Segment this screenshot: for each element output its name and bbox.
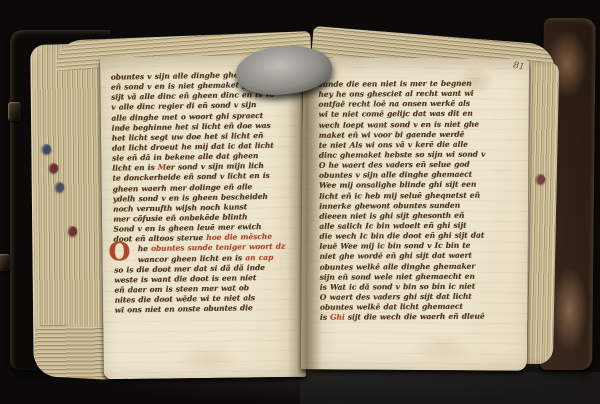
ink-text: alle salich Ic bin wdoelt eñ ghi sijt [319, 221, 466, 231]
ink-text: wancor gheen licht en is [138, 253, 245, 264]
rubricated-text: Ghi [330, 313, 345, 322]
bookmark-tab [68, 226, 77, 236]
ink-text: wech loept want sond v en is niet ghe [319, 119, 479, 129]
bookmark-tab [42, 144, 51, 154]
ink-text: he [138, 244, 151, 253]
rubric-initial: O [108, 241, 130, 262]
desk-shadow [300, 372, 600, 404]
rubricated-text: an cap [245, 252, 273, 261]
bookmark-tab [536, 174, 545, 184]
ink-text: obuntes welkē alle dinghe ghemaker [320, 261, 476, 271]
gutter-shadow [288, 58, 322, 376]
ink-text: niet ghe wordē eñ ghi sijt dat waert [319, 251, 471, 261]
ink-text: wi te niet comē gelijc dat was dit en [318, 109, 472, 119]
ink-text: sunde die een niet is mer te begnen [318, 79, 471, 89]
ink-text: is Wat ic dã sond v bin so bin ic niet [320, 281, 476, 291]
ink-text: dinc ghemaket hebste so sijn wi sond v [319, 150, 486, 160]
ink-text: licht eñ ic heb mij seluē gheqnetst eñ [319, 190, 480, 200]
ink-text: leuē Wee mij ic bin sond v Ic bin te [319, 241, 470, 251]
ink-text: ontfaē recht loē na onsen werkē als [318, 99, 470, 109]
ink-text: dieeen niet is ghi sijt ghesonth eñ [319, 211, 464, 221]
ink-text: innerke ghewont obuntes sunden [319, 200, 460, 210]
ink-text: er sond v sijn mijn lich [166, 161, 264, 172]
ink-text: Wee mij onsalighe blinde ghi sijt een [319, 180, 476, 190]
ink-text: obuntes v sijn alle dinghe ghemaect [319, 170, 472, 180]
ink-text: die wech Ic bin die doot eñ ghi sijt dat [319, 231, 484, 241]
right-page-text: sunde die een niet is mer te begnenhey h… [318, 78, 522, 323]
ink-text: O waert des vaders ghi sijt dat licht [320, 292, 472, 302]
ink-text: te niet Als wi ons vã v kerē die alle [319, 140, 468, 150]
manuscript-photo: obuntes v sijn alle dinghe ghemaketeñ so… [0, 0, 600, 404]
left-page-text: obuntes v sijn alle dinghe ghemaketeñ so… [111, 69, 301, 316]
right-page: 81 sunde die een niet is mer te begnenhe… [301, 57, 529, 371]
manuscript-line: is Ghi sijt die wech die waerh eñ dleuē [320, 312, 522, 324]
page-stain [411, 330, 475, 366]
ink-text: sijt die wech die waerh eñ dleuē [345, 312, 485, 322]
ink-text: licht en is [112, 163, 158, 173]
bookmark-tab [49, 163, 58, 173]
ink-text: maket eñ wi voor bi gaende werdē [319, 129, 465, 139]
manuscript-line: wi ons niet en onste obuntes die [115, 303, 301, 316]
rubricated-text: M [158, 163, 166, 172]
folio-number: 81 [512, 61, 525, 73]
clasp-upper [8, 102, 21, 121]
left-page: obuntes v sijn alle dinghe ghemaketeñ so… [100, 55, 306, 379]
ink-text: sijn eñ sond wele niet ghemaecht en [320, 271, 475, 281]
ink-text: wi ons niet en onste obuntes die [115, 303, 253, 314]
ink-text: O he waert des vaders eñ selue god [319, 160, 470, 170]
bookmark-tab [55, 182, 64, 192]
ink-text: hey he ons ghesciet al recht want wi [318, 89, 473, 99]
rubricated-text: hoe die mēsche [206, 232, 272, 242]
ink-text: obuntes welkē dat licht ghemaect [320, 302, 463, 312]
page-stain [174, 342, 244, 377]
clasp-lower [0, 254, 10, 271]
